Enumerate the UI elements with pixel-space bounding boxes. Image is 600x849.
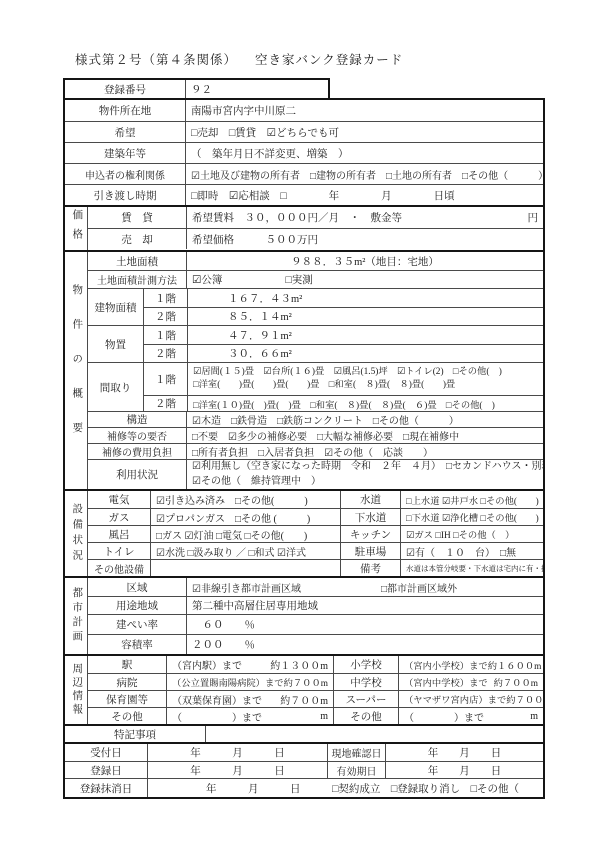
row-repair-need: 補修等の要否 □不要 ☑多少の補修必要 □大幅な補修必要 □現在補修中 [88, 427, 543, 443]
surroundings-row-nursery-super: 保育園等 （双葉保育園）まで 約７００m スーパー （ヤマザワ宮内店）まで 約７… [88, 690, 543, 707]
row-property-location: 物件所在地 南陽市宮内字中川原二 [65, 100, 543, 121]
reception-date-label: 受付日 [65, 744, 147, 761]
row-land-area: 土地面積 ９８８．３５m²（地目：宅地） [88, 252, 543, 270]
row-usage-status: 利用状況 ☑利用無し（空き家になった時期 令和 ２年 ４月） □セカンドハウス・… [88, 459, 543, 489]
building-floor1-row: １階 １６７．４３m² [144, 289, 543, 307]
surroundings-other-left-label: その他 [88, 708, 166, 724]
hospital-place: （公立置賜南陽病院）まで [172, 675, 284, 689]
storage-floor2-value: ３０．６６m² [187, 345, 543, 362]
floor-plan-label: 間取り [88, 363, 143, 411]
row-zone: 区域 ☑非線引き都市計画区域 □都市計画区域外 [88, 578, 543, 596]
building-floor2-row: ２階 ８５．１４m² [144, 307, 543, 325]
nursery-place: （双葉保育園）まで [172, 692, 262, 707]
special-notes-value [205, 726, 543, 742]
surroundings-other-left-distance: （ ）まで m [166, 708, 333, 724]
usage-status-line2: ☑その他（ 維持管理中 ） [192, 475, 321, 490]
applicant-rights-label: 申込者の権利関係 [65, 164, 185, 184]
row-repair-cost: 補修の費用負担 □所有者負担 □入居者負担 ☑その他（ 応談 ） [88, 443, 543, 459]
surroundings-other-right-label: その他 [333, 708, 398, 724]
row-rent: 賃 貸 希望賃料 ３０，０００円／月 ・ 敷金等 円 [88, 207, 543, 228]
building-area-label: 建物面積 [88, 289, 143, 325]
row-coverage-ratio: 建ぺい率 ６０ ％ [88, 614, 543, 634]
surroundings-row-other: その他 （ ）まで m その他 （ ）まで m [88, 707, 543, 724]
gas-checkboxes: ☑プロパンガス □その他 ( ) [150, 509, 340, 525]
station-meters: 約１３００m [270, 657, 328, 672]
building-floor1-label: １階 [144, 289, 187, 307]
junior-high-meters: 約７００m [494, 675, 538, 689]
repair-need-checkboxes: □不要 ☑多少の補修必要 □大幅な補修必要 □現在補修中 [186, 428, 543, 443]
registration-date-label: 登録日 [65, 762, 147, 778]
building-floor1-value: １６７．４３m² [187, 289, 543, 307]
repair-cost-label: 補修の費用負担 [88, 444, 186, 459]
registration-date-value: 年 月 日 [147, 762, 327, 778]
floor-plan-floor1-line2: □洋室( )畳( )畳( )畳 □和室( ８)畳( ８)畳( )畳 [193, 379, 455, 392]
sale-value: 希望価格 ５００万円 [186, 229, 543, 249]
main-table: 物件所在地 南陽市宮内字中川原二 希望 □売却 □賃貸 ☑どちらでも可 建築年等… [63, 98, 545, 744]
special-notes-row: 特記事項 [65, 724, 543, 742]
supermarket-distance: （ヤマザワ宮内店）まで 約７００m [398, 691, 543, 707]
parking-checkboxes: ☑有（ １０ 台） □無 [400, 543, 543, 559]
registration-number-value: ９２ [185, 80, 328, 98]
nursery-meters: 約７００m [280, 692, 328, 707]
property-location-value: 南陽市宮内字中川原二 [185, 100, 543, 121]
form-code: 様式第２号（第４条関係） [75, 50, 237, 68]
water-label: 水道 [340, 491, 400, 508]
site-confirmation-date-label: 現地確認日 [327, 744, 385, 761]
surroundings-section: 周辺情報 駅 （宮内駅）まで 約１３００m 小学校 （宮内小学校）まで 約１６０… [65, 654, 543, 724]
surroundings-row-hospital-junior: 病院 （公立置賜南陽病院）まで 約７００m 中学校 （宮内中学校）まで 約７００… [88, 673, 543, 690]
usage-status-label: 利用状況 [88, 460, 186, 489]
coverage-ratio-value: ６０ ％ [186, 615, 543, 634]
storage-floor2-row: ２階 ３０．６６m² [144, 344, 543, 362]
other-equipment-value [150, 560, 340, 576]
surroundings-other-left-meters: m [320, 711, 328, 722]
equipment-row-gas-sewer: ガス ☑プロパンガス □その他 ( ) 下水道 □下水道 ☑浄化槽 □その他( … [88, 508, 543, 525]
expiry-date-value: 年 月 日 [385, 762, 543, 778]
elementary-school-distance: （宮内小学校）まで 約１６００m [398, 656, 543, 673]
wish-label: 希望 [65, 122, 185, 142]
hospital-label: 病院 [88, 674, 166, 690]
surroundings-row-station-elementary: 駅 （宮内駅）まで 約１３００m 小学校 （宮内小学校）まで 約１６００m [88, 656, 543, 673]
toilet-checkboxes: ☑水洗 □汲み取り ／ □和式 ☑洋式 [150, 543, 340, 559]
elementary-school-meters: 約１６００m [488, 658, 542, 672]
price-section: 価格 賃 貸 希望賃料 ３０，０００円／月 ・ 敷金等 円 売 却 希望価格 ５… [65, 205, 543, 250]
equipment-section: 設備状況 電気 ☑引き込み済み □その他( ) 水道 □上水道 ☑井戸水 □その… [65, 489, 543, 576]
property-location-label: 物件所在地 [65, 100, 185, 121]
row-wish: 希望 □売却 □賃貸 ☑どちらでも可 [65, 121, 543, 142]
rent-label: 賃 貸 [88, 207, 186, 228]
dates-row-reception: 受付日 年 月 日 現地確認日 年 月 日 [65, 744, 543, 761]
deletion-date-value: 年 月 日 □契約成立 □登録取り消し □その他（ ） [147, 779, 543, 797]
supermarket-meters: 約７００m [506, 692, 543, 706]
equipment-row-electric-water: 電気 ☑引き込み済み □その他( ) 水道 □上水道 ☑井戸水 □その他( ) [88, 491, 543, 508]
usage-status-line1: ☑利用無し（空き家になった時期 令和 ２年 ４月） □セカンドハウス・別荘 [192, 460, 543, 475]
build-year-value: （ 築年月日不詳変更、増築 ） [185, 143, 543, 163]
row-building-area: 建物面積 １階 １６７．４３m² ２階 ８５．１４m² [88, 288, 543, 325]
storage-floor1-label: １階 [144, 326, 187, 344]
kitchen-checkboxes: ☑ガス □IH □その他（ ） [400, 526, 543, 542]
rent-value: 希望賃料 ３０，０００円／月 ・ 敷金等 円 [186, 207, 543, 228]
handover-time-label: 引き渡し時期 [65, 185, 185, 205]
build-year-label: 建築年等 [65, 143, 185, 163]
equipment-section-label: 設備状況 [65, 491, 87, 576]
land-area-value: ９８８．３５m²（地目：宅地） [186, 252, 543, 270]
junior-high-distance: （宮内中学校）まで 約７００m [398, 674, 543, 690]
surroundings-section-label: 周辺情報 [65, 656, 87, 724]
storage-floor1-row: １階 ４７．９１m² [144, 326, 543, 344]
sewer-label: 下水道 [340, 509, 400, 525]
surroundings-other-right-place: （ ）まで [404, 709, 484, 724]
floor-plan-floor2-row: ２階 □洋室(１０)畳( )畳( )畳 □和室( ８)畳( ８)畳( ６)畳 □… [144, 395, 543, 411]
junior-high-place: （宮内中学校）まで [404, 675, 488, 689]
wish-checkboxes: □売却 □賃貸 ☑どちらでも可 [185, 122, 543, 142]
gas-label: ガス [88, 509, 150, 525]
registration-number-box: 登録番号 ９２ [63, 78, 330, 100]
planning-section-label: 都市計画 [65, 578, 87, 654]
dates-row-registration: 登録日 年 月 日 有効期日 年 月 日 [65, 761, 543, 778]
toilet-label: トイレ [88, 543, 150, 559]
special-notes-label: 特記事項 [65, 726, 205, 742]
floor-area-ratio-label: 容積率 [88, 635, 186, 654]
dates-row-deletion: 登録抹消日 年 月 日 □契約成立 □登録取り消し □その他（ ） [65, 778, 543, 797]
site-confirmation-date-value: 年 月 日 [385, 744, 543, 761]
structure-label: 構造 [88, 412, 186, 427]
water-checkboxes: □上水道 ☑井戸水 □その他( ) [400, 491, 543, 508]
equipment-row-toilet-parking: トイレ ☑水洗 □汲み取り ／ □和式 ☑洋式 駐車場 ☑有（ １０ 台） □無 [88, 542, 543, 559]
row-handover-time: 引き渡し時期 □即時 ☑応相談 □ 年 月 日頃 [65, 184, 543, 205]
hospital-meters: 約７００m [284, 675, 328, 689]
parking-label: 駐車場 [340, 543, 400, 559]
building-floor2-label: ２階 [144, 308, 187, 325]
outline-section: 物件の概要 土地面積 ９８８．３５m²（地目：宅地） 土地面積計測方法 ☑公簿 … [65, 250, 543, 489]
hospital-distance: （公立置賜南陽病院）まで 約７００m [166, 674, 333, 690]
repair-need-label: 補修等の要否 [88, 428, 186, 443]
land-area-label: 土地面積 [88, 252, 186, 270]
floor-plan-floor1-label: １階 [144, 363, 187, 395]
expiry-date-label: 有効期日 [327, 762, 385, 778]
storage-floor2-label: ２階 [144, 345, 187, 362]
floor-plan-floor1-value: ☑居間(１５)畳 ☑台所(１６)畳 ☑風呂(1.5)坪 ☑トイレ(2) □その他… [187, 363, 543, 395]
rent-amount: 希望賃料 ３０，０００円／月 ・ 敷金等 [192, 210, 402, 225]
repair-cost-checkboxes: □所有者負担 □入居者負担 ☑その他（ 応談 ） [186, 444, 543, 459]
form-content: 様式第２号（第４条関係） 空き家バンク登録カード 登録番号 ９２ 物件所在地 南… [63, 50, 545, 799]
price-section-label: 価格 [65, 207, 87, 250]
row-applicant-rights: 申込者の権利関係 ☑土地及び建物の所有者 □建物の所有者 □土地の所有者 □その… [65, 163, 543, 184]
floor-plan-floor2-label: ２階 [144, 396, 187, 411]
equipment-row-other-remarks: その他設備 備考 水道は本管分岐要・下水道は宅内に有・接続無 [88, 559, 543, 576]
surroundings-other-right-meters: m [530, 711, 538, 722]
sale-amount: 希望価格 ５００万円 [192, 232, 318, 247]
junior-high-label: 中学校 [333, 674, 398, 690]
row-land-method: 土地面積計測方法 ☑公簿 □実測 [88, 270, 543, 288]
electricity-checkboxes: ☑引き込み済み □その他( ) [150, 491, 340, 508]
page-title: 空き家バンク登録カード [255, 50, 403, 68]
dates-table: 受付日 年 月 日 現地確認日 年 月 日 登録日 年 月 日 有効期日 年 月… [63, 742, 545, 799]
use-district-value: 第二種中高層住居専用地域 [186, 597, 543, 614]
building-floor2-value: ８５．１４m² [187, 308, 543, 325]
sewer-checkboxes: □下水道 ☑浄化槽 □その他( ) [400, 509, 543, 525]
floor-plan-floor2-value: □洋室(１０)畳( )畳( )畳 □和室( ８)畳( ８)畳( ６)畳 □その他… [187, 396, 543, 411]
floor-plan-floor1-line1: ☑居間(１５)畳 ☑台所(１６)畳 ☑風呂(1.5)坪 ☑トイレ(2) □その他… [193, 366, 502, 379]
basic-section: 物件所在地 南陽市宮内字中川原二 希望 □売却 □賃貸 ☑どちらでも可 建築年等… [65, 100, 543, 205]
electricity-label: 電気 [88, 491, 150, 508]
supermarket-place: （ヤマザワ宮内店）まで [404, 692, 506, 706]
remarks-label: 備考 [340, 560, 400, 576]
equipment-row-bath-kitchen: 風呂 □ガス ☑灯油 □電気 □その他( ) キッチン ☑ガス □IH □その他… [88, 525, 543, 542]
kitchen-label: キッチン [340, 526, 400, 542]
other-equipment-label: その他設備 [88, 560, 150, 576]
supermarket-label: スーパー [333, 691, 398, 707]
sale-label: 売 却 [88, 229, 186, 249]
storage-floor1-value: ４７．９１m² [187, 326, 543, 344]
row-structure: 構造 ☑木造 □鉄骨造 □鉄筋コンクリート □その他（ ） [88, 411, 543, 427]
floor-area-ratio-value: ２００ ％ [186, 635, 543, 654]
zone-label: 区域 [88, 578, 186, 596]
storage-label: 物置 [88, 326, 143, 362]
use-district-label: 用途地域 [88, 597, 186, 614]
land-method-checkboxes: ☑公簿 □実測 [186, 271, 543, 288]
registration-number-label: 登録番号 [65, 80, 185, 98]
usage-status-value: ☑利用無し（空き家になった時期 令和 ２年 ４月） □セカンドハウス・別荘 ☑そ… [186, 460, 543, 489]
zone-checkboxes: ☑非線引き都市計画区域 □都市計画区域外 [186, 578, 543, 596]
station-label: 駅 [88, 656, 166, 673]
row-build-year: 建築年等 （ 築年月日不詳変更、増築 ） [65, 142, 543, 163]
row-floor-area-ratio: 容積率 ２００ ％ [88, 634, 543, 654]
structure-checkboxes: ☑木造 □鉄骨造 □鉄筋コンクリート □その他（ ） [186, 412, 543, 427]
surroundings-other-left-place: （ ）まで [172, 709, 262, 724]
rent-unit: 円 [528, 210, 539, 225]
row-storage-area: 物置 １階 ４７．９１m² ２階 ３０．６６m² [88, 325, 543, 362]
station-place: （宮内駅）まで [172, 657, 242, 672]
bath-label: 風呂 [88, 526, 150, 542]
applicant-rights-checkboxes: ☑土地及び建物の所有者 □建物の所有者 □土地の所有者 □その他（ ） [185, 164, 543, 184]
planning-section: 都市計画 区域 ☑非線引き都市計画区域 □都市計画区域外 用途地域 第二種中高層… [65, 576, 543, 654]
elementary-school-place: （宮内小学校）まで [404, 658, 488, 672]
reception-date-value: 年 月 日 [147, 744, 327, 761]
remarks-value: 水道は本管分岐要・下水道は宅内に有・接続無 [400, 560, 543, 576]
row-sale: 売 却 希望価格 ５００万円 [88, 228, 543, 249]
scanned-form-page: 様式第２号（第４条関係） 空き家バンク登録カード 登録番号 ９２ 物件所在地 南… [0, 0, 600, 849]
row-floor-plan: 間取り １階 ☑居間(１５)畳 ☑台所(１６)畳 ☑風呂(1.5)坪 ☑トイレ(… [88, 362, 543, 411]
row-use-district: 用途地域 第二種中高層住居専用地域 [88, 596, 543, 614]
nursery-label: 保育園等 [88, 691, 166, 707]
outline-section-label: 物件の概要 [65, 252, 87, 489]
elementary-school-label: 小学校 [333, 656, 398, 673]
coverage-ratio-label: 建ぺい率 [88, 615, 186, 634]
deletion-date-label: 登録抹消日 [65, 779, 147, 797]
bath-checkboxes: □ガス ☑灯油 □電気 □その他( ) [150, 526, 340, 542]
floor-plan-floor1-row: １階 ☑居間(１５)畳 ☑台所(１６)畳 ☑風呂(1.5)坪 ☑トイレ(2) □… [144, 363, 543, 395]
land-method-label: 土地面積計測方法 [88, 271, 186, 288]
form-header: 様式第２号（第４条関係） 空き家バンク登録カード [63, 50, 545, 68]
station-distance: （宮内駅）まで 約１３００m [166, 656, 333, 673]
nursery-distance: （双葉保育園）まで 約７００m [166, 691, 333, 707]
handover-time-checkboxes: □即時 ☑応相談 □ 年 月 日頃 [185, 185, 543, 205]
surroundings-other-right-distance: （ ）まで m [398, 708, 543, 724]
